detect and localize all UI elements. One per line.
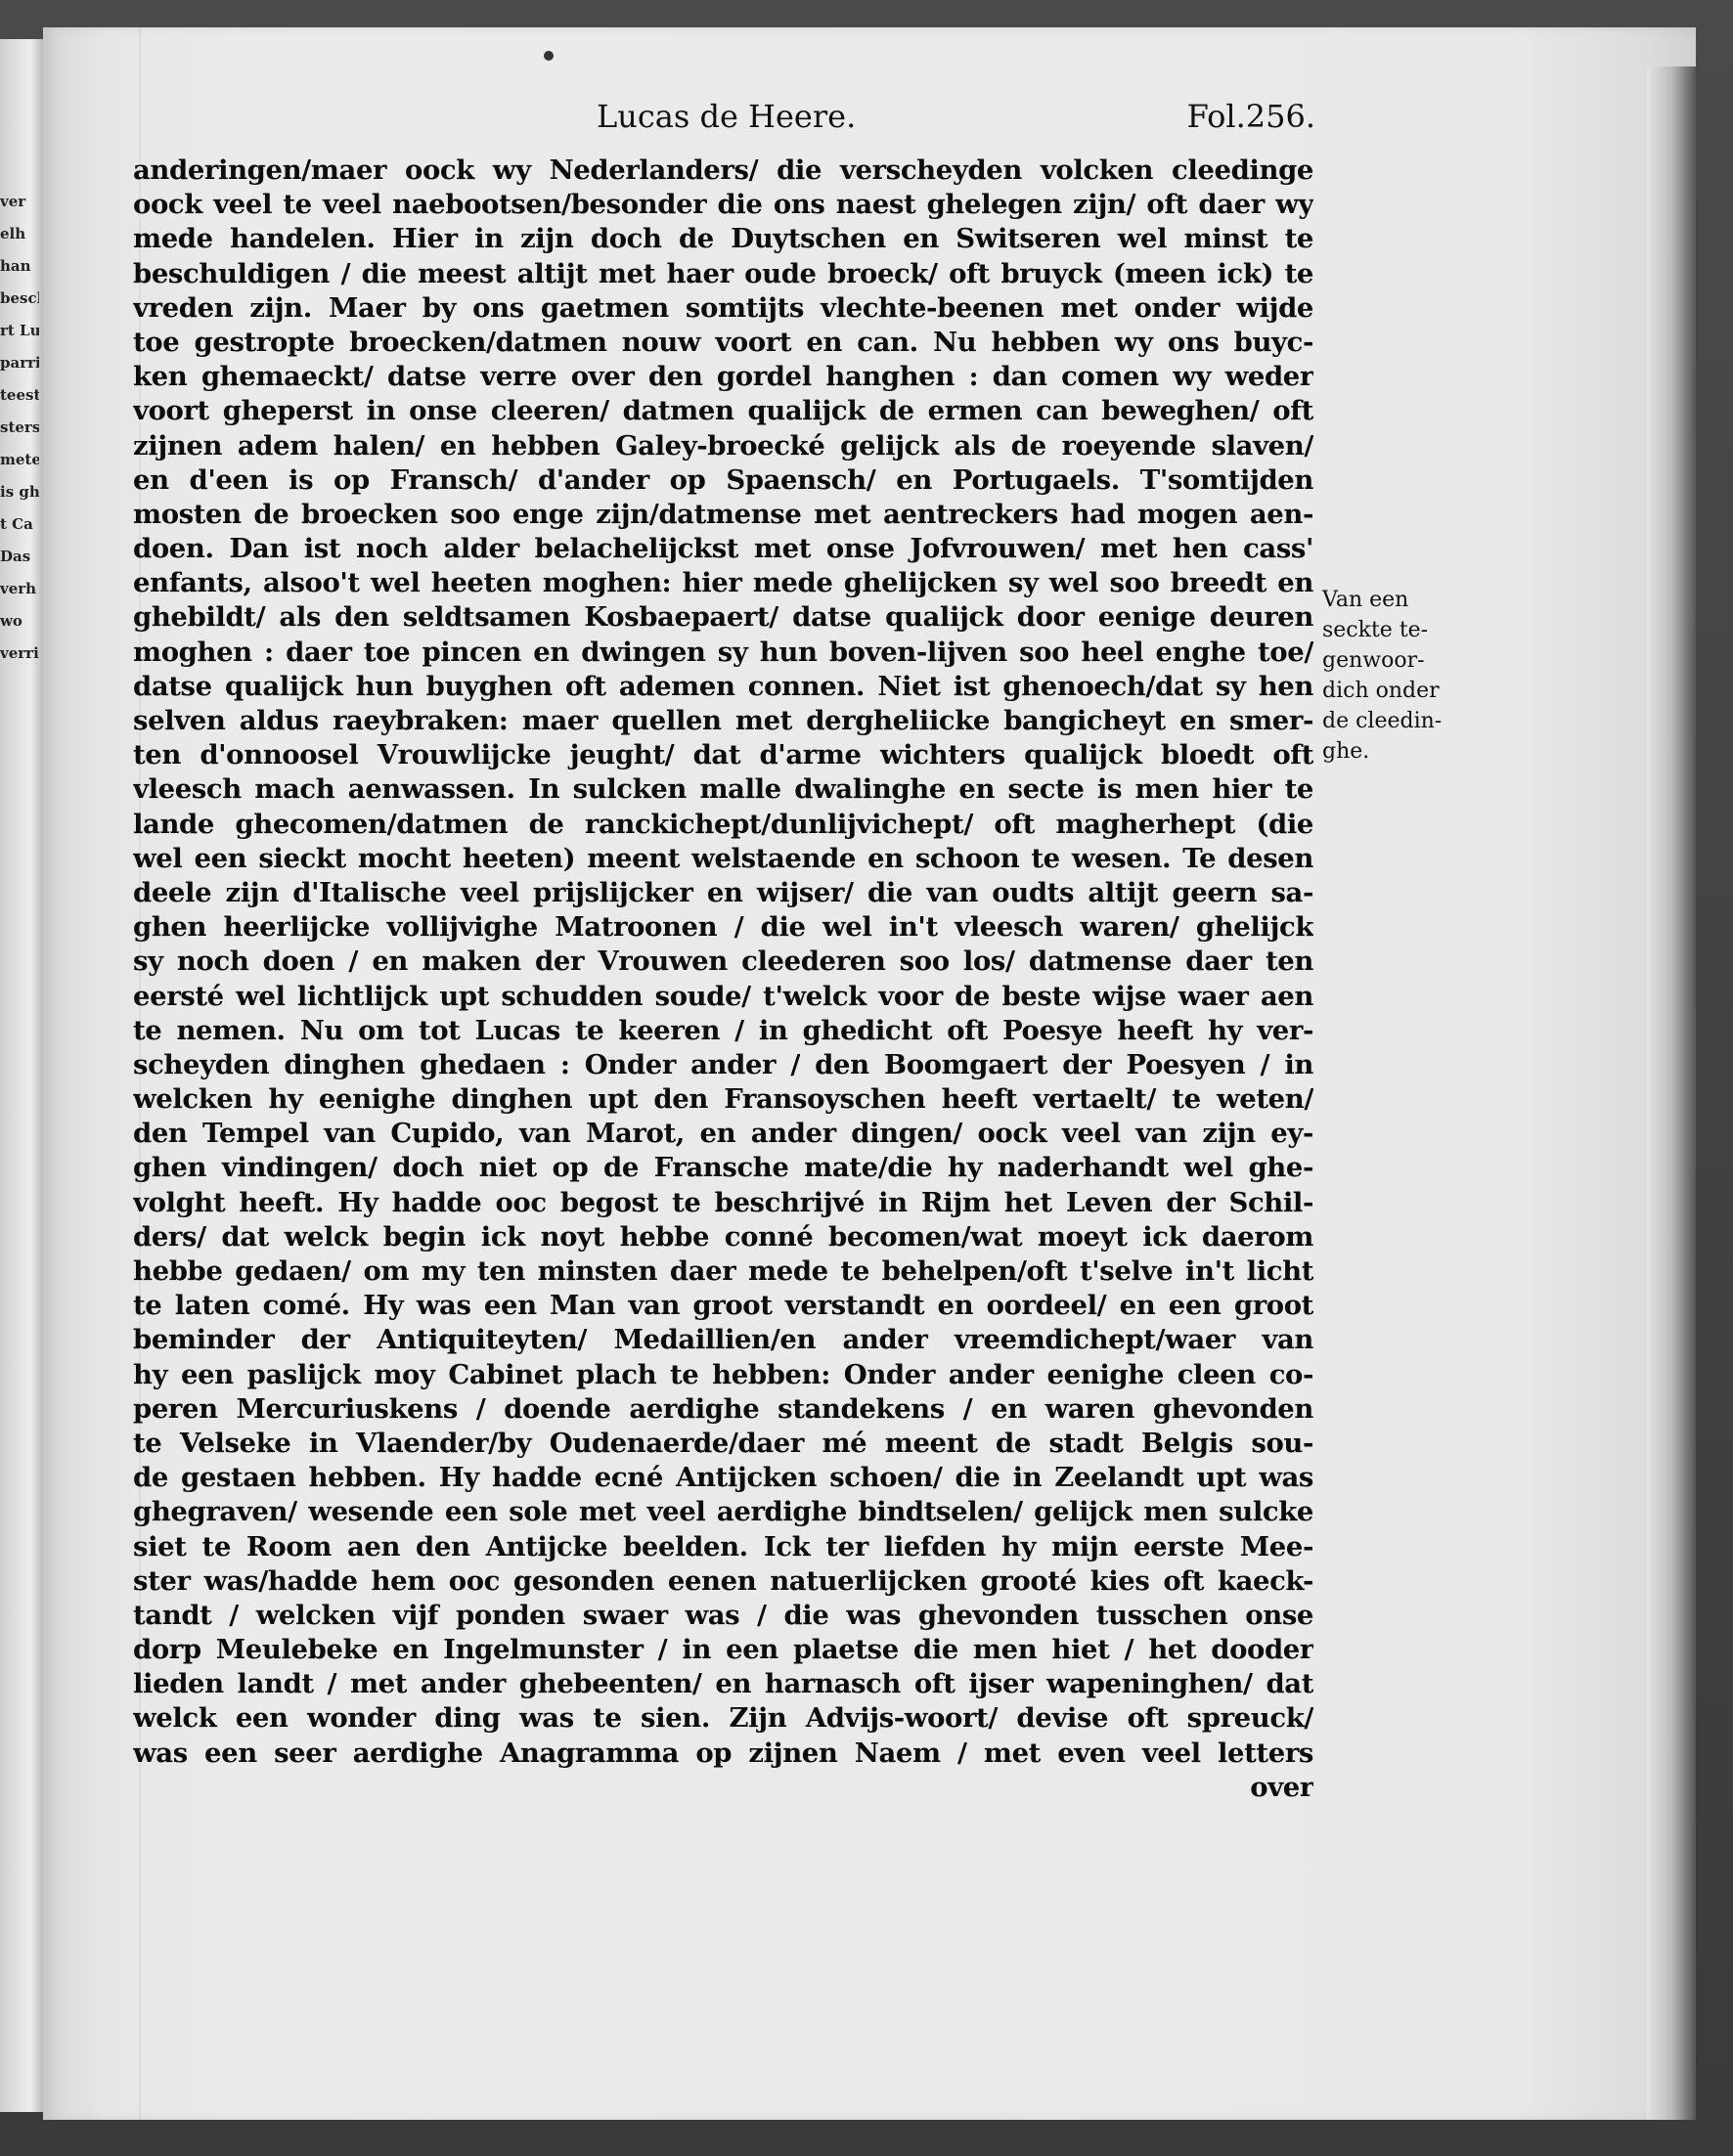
text-line: enfants, alsoo't wel heeten moghen: hier…: [133, 566, 1313, 600]
text-line: deele zijn d'Italische veel prijslijcker…: [133, 876, 1313, 910]
text-line: vreden zijn. Maer by ons gaetmen somtijt…: [133, 291, 1313, 326]
text-line: doen. Dan ist noch alder belachelijckst …: [133, 532, 1313, 566]
text-line: eersté wel lichtlijck upt schudden soude…: [133, 980, 1313, 1014]
text-line: voort gheperst in onse cleeren/ datmen q…: [133, 394, 1313, 428]
text-line: ken ghemaeckt/ datse verre over den gord…: [133, 360, 1313, 394]
margin-note-line: de cleedin-: [1322, 706, 1459, 736]
text-line: volght heeft. Hy hadde ooc begost te bes…: [133, 1186, 1313, 1220]
text-line: mede handelen. Hier in zijn doch de Duyt…: [133, 222, 1313, 256]
text-line: en d'een is op Fransch/ d'ander op Spaen…: [133, 463, 1313, 498]
text-line: dorp Meulebeke en Ingelmunster / in een …: [133, 1633, 1313, 1667]
text-line: den Tempel van Cupido, van Marot, en and…: [133, 1117, 1313, 1151]
text-line: hy een paslijck moy Cabinet plach te heb…: [133, 1358, 1313, 1392]
text-line: oock veel te veel naebootsen/besonder di…: [133, 188, 1313, 222]
text-line: te laten comé. Hy was een Man van groot …: [133, 1289, 1313, 1323]
text-line: welck een wonder ding was te sien. Zijn …: [133, 1701, 1313, 1736]
text-line: peren Mercuriuskens / doende aerdighe st…: [133, 1392, 1313, 1427]
text-line: mosten de broecken soo enge zijn/datmens…: [133, 498, 1313, 532]
text-line: beminder der Antiquiteyten/ Medaillien/e…: [133, 1323, 1313, 1357]
text-line: ghen vindingen/ doch niet op de Fransche…: [133, 1151, 1313, 1185]
text-line: ster was/hadde hem ooc gesonden eenen na…: [133, 1564, 1313, 1599]
text-line: wel een sieckt mocht heeten) meent welst…: [133, 842, 1313, 876]
text-line: anderingen/maer oock wy Nederlanders/ di…: [133, 154, 1313, 188]
text-line: toe gestropte broecken/datmen nouw voort…: [133, 326, 1313, 360]
text-line: beschuldigen / die meest altijt met haer…: [133, 257, 1313, 291]
facing-page-text-fragment: ver elh han beschi rt Lu parri teeste st…: [0, 186, 39, 670]
text-line: lande ghecomen/datmen de ranckichept/dun…: [133, 808, 1313, 842]
folio-number: Fol.256.: [1187, 98, 1315, 135]
page-edge-shadow: [1647, 66, 1696, 2120]
text-line: moghen : daer toe pincen en dwingen sy h…: [133, 636, 1313, 670]
margin-note-line: genwoor-: [1322, 645, 1459, 676]
text-line: vleesch mach aenwassen. In sulcken malle…: [133, 772, 1313, 807]
text-line: te Velseke in Vlaender/by Oudenaerde/dae…: [133, 1427, 1313, 1461]
running-head: Lucas de Heere. Fol.256.: [597, 98, 1315, 135]
margin-note-line: dich onder: [1322, 676, 1459, 706]
text-line: ghebildt/ als den seldtsamen Kosbaepaert…: [133, 600, 1313, 635]
margin-note: Van eenseckte te-genwoor-dich onderde cl…: [1322, 585, 1459, 767]
text-line: scheyden dinghen ghedaen : Onder ander /…: [133, 1048, 1313, 1082]
text-line: zijnen adem halen/ en hebben Galey-broec…: [133, 429, 1313, 463]
text-line: selven aldus raeybraken: maer quellen me…: [133, 704, 1313, 738]
text-line: hebbe gedaen/ om my ten minsten daer med…: [133, 1254, 1313, 1289]
text-line: sy noch doen / en maken der Vrouwen clee…: [133, 945, 1313, 979]
text-line: ten d'onnoosel Vrouwlijcke jeught/ dat d…: [133, 738, 1313, 772]
text-line: de gestaen hebben. Hy hadde ecné Antijck…: [133, 1461, 1313, 1495]
text-line: tandt / welcken vijf ponden swaer was / …: [133, 1599, 1313, 1633]
text-line: welcken hy eenighe dinghen upt den Frans…: [133, 1082, 1313, 1117]
catchword: over: [133, 1771, 1313, 1805]
text-line: datse qualijck hun buyghen oft ademen co…: [133, 670, 1313, 704]
margin-note-line: ghe.: [1322, 736, 1459, 767]
margin-note-line: Van een: [1322, 585, 1459, 615]
facing-page-edge: ver elh han beschi rt Lu parri teeste st…: [0, 39, 43, 2112]
text-line: ghegraven/ wesende een sole met veel aer…: [133, 1495, 1313, 1529]
text-line: ders/ dat welck begin ick noyt hebbe con…: [133, 1220, 1313, 1254]
running-head-title: Lucas de Heere.: [597, 98, 856, 135]
text-line: was een seer aerdighe Anagramma op zijne…: [133, 1737, 1313, 1771]
ink-spot: [544, 51, 554, 61]
text-line: lieden landt / met ander ghebeenten/ en …: [133, 1667, 1313, 1701]
margin-note-line: seckte te-: [1322, 615, 1459, 645]
text-line: siet te Room aen den Antijcke beelden. I…: [133, 1530, 1313, 1564]
text-line: ghen heerlijcke vollijvighe Matroonen / …: [133, 910, 1313, 945]
body-text-block: anderingen/maer oock wy Nederlanders/ di…: [133, 154, 1313, 1805]
text-line: te nemen. Nu om tot Lucas te keeren / in…: [133, 1014, 1313, 1048]
